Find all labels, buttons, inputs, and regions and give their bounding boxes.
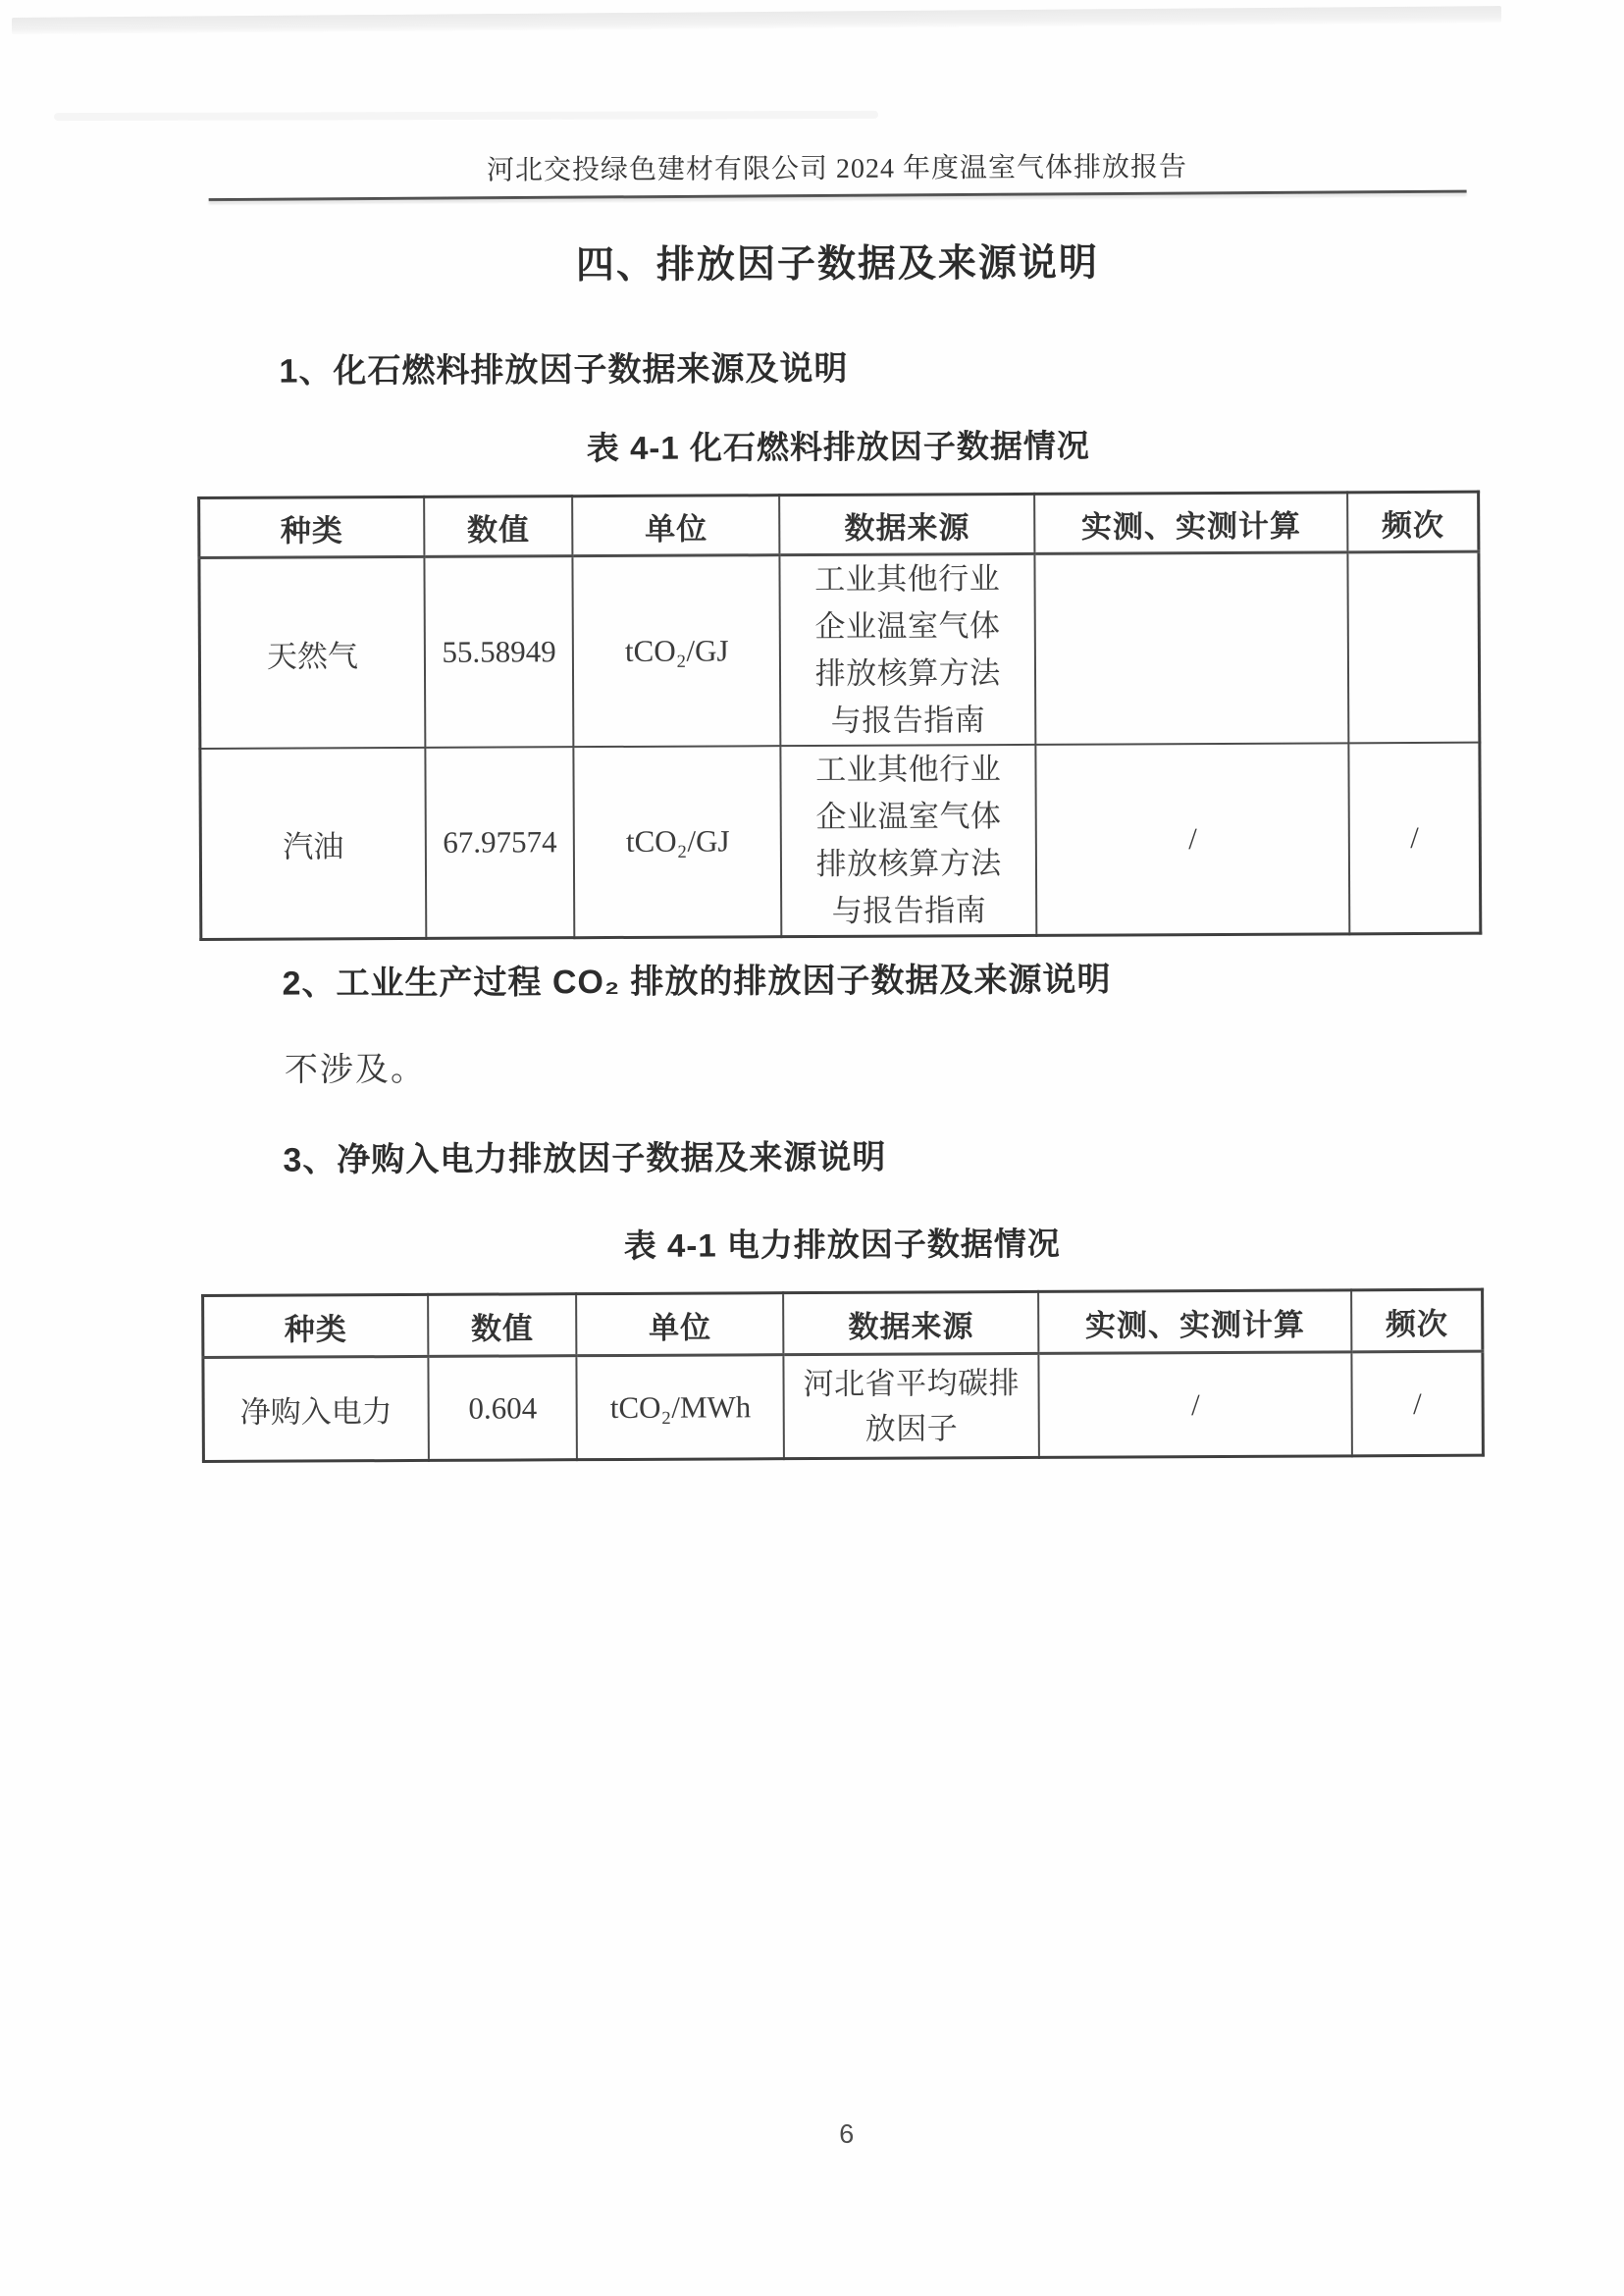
table-row-natural-gas: 天然气 55.58949 tCO₂/GJ 工业其他行业企业温室气体排放核算方法与… <box>199 551 1480 749</box>
running-header-title: 河北交投绿色建材有限公司 2024 年度温室气体排放报告 <box>195 144 1478 189</box>
col-header-value: 数值 <box>428 1294 577 1357</box>
col-header-source: 数据来源 <box>780 494 1035 554</box>
col-header-frequency: 频次 <box>1352 1289 1483 1352</box>
cell-unit: tCO₂/MWh <box>577 1355 785 1460</box>
col-header-unit: 单位 <box>572 496 780 556</box>
cell-source: 河北省平均碳排放因子 <box>784 1353 1039 1458</box>
section-heading-1: 1、化石燃料排放因子数据来源及说明 <box>279 341 848 392</box>
fossil-fuel-factor-table: 种类 数值 单位 数据来源 实测、实测计算 频次 天然气 55.58949 tC… <box>197 491 1482 941</box>
fossil-fuel-table-caption: 表 4-1 化石燃料排放因子数据情况 <box>197 419 1480 471</box>
col-header-unit: 单位 <box>576 1293 784 1356</box>
cell-value: 0.604 <box>428 1356 577 1461</box>
cell-measured: / <box>1038 1352 1352 1458</box>
electricity-factor-table: 种类 数值 单位 数据来源 实测、实测计算 频次 净购入电力 0.604 tCO… <box>201 1288 1485 1463</box>
cell-frequency <box>1348 551 1480 743</box>
document-page: 河北交投绿色建材有限公司 2024 年度温室气体排放报告 四、排放因子数据及来源… <box>0 0 1624 2296</box>
cell-source: 工业其他行业企业温室气体排放核算方法与报告指南 <box>780 553 1035 746</box>
chapter-title: 四、排放因子数据及来源说明 <box>196 231 1479 291</box>
electricity-table-caption: 表 4-1 电力排放因子数据情况 <box>201 1217 1484 1269</box>
page-content: 河北交投绿色建材有限公司 2024 年度温室气体排放报告 四、排放因子数据及来源… <box>0 0 1624 2296</box>
col-header-type: 种类 <box>199 496 425 557</box>
col-header-type: 种类 <box>203 1294 429 1357</box>
col-header-source: 数据来源 <box>784 1291 1039 1354</box>
table-header-row: 种类 数值 单位 数据来源 实测、实测计算 频次 <box>199 492 1479 557</box>
table-row-purchased-electricity: 净购入电力 0.604 tCO₂/MWh 河北省平均碳排放因子 / / <box>203 1351 1484 1461</box>
section-heading-3: 3、净购入电力排放因子数据及来源说明 <box>283 1130 886 1181</box>
cell-frequency: / <box>1352 1351 1484 1456</box>
cell-measured <box>1034 552 1348 745</box>
cell-source-text: 工业其他行业企业温室气体排放核算方法与报告指南 <box>812 555 1004 745</box>
col-header-measured: 实测、实测计算 <box>1038 1290 1352 1354</box>
cell-frequency: / <box>1349 743 1481 934</box>
cell-type: 天然气 <box>199 556 425 749</box>
table-row-gasoline: 汽油 67.97574 tCO₂/GJ 工业其他行业企业温室气体排放核算方法与报… <box>200 743 1481 940</box>
page-number: 6 <box>205 2116 1488 2153</box>
section-heading-2: 2、工业生产过程 CO₂ 排放的排放因子数据及来源说明 <box>282 953 1111 1005</box>
cell-type: 净购入电力 <box>203 1356 429 1461</box>
cell-unit: tCO₂/GJ <box>573 555 781 748</box>
cell-value: 67.97574 <box>425 747 574 938</box>
section-2-body: 不涉及。 <box>285 1042 426 1091</box>
cell-measured: / <box>1035 743 1349 935</box>
header-rule <box>209 190 1467 202</box>
table-header-row: 种类 数值 单位 数据来源 实测、实测计算 频次 <box>203 1289 1483 1357</box>
col-header-measured: 实测、实测计算 <box>1034 493 1348 554</box>
cell-source: 工业其他行业企业温室气体排放核算方法与报告指南 <box>781 745 1036 937</box>
cell-source-text: 河北省平均碳排放因子 <box>802 1360 1022 1451</box>
cell-value: 55.58949 <box>424 556 573 748</box>
cell-type: 汽油 <box>200 748 426 940</box>
col-header-frequency: 频次 <box>1348 492 1479 552</box>
cell-source-text: 工业其他行业企业温室气体排放核算方法与报告指南 <box>813 746 1005 935</box>
col-header-value: 数值 <box>424 496 573 557</box>
cell-unit: tCO₂/GJ <box>574 746 782 938</box>
